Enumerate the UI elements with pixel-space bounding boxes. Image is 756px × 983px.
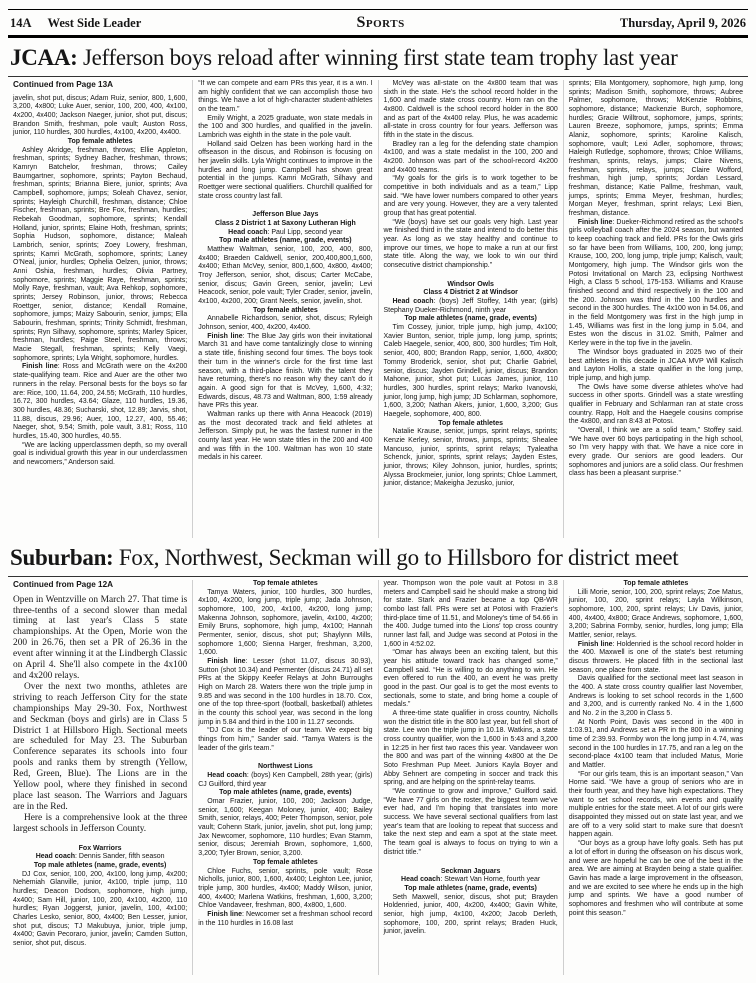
article-paragraph: “DJ Cox is the leader of our team. We ex… (198, 727, 372, 753)
paragraph-lead-in: Finish line (207, 911, 242, 918)
suburban-column-2: Top female athletesTamya Waters, junior,… (192, 580, 377, 975)
jcaa-headline: JCAA: Jefferson boys reload after winnin… (8, 38, 748, 76)
suburban-headline-text: Fox, Northwest, Seckman will go to Hills… (119, 545, 679, 570)
article-paragraph: Seth Maxwell, senior, discus, shot put; … (384, 894, 558, 937)
team-subhead: Northwest Lions (198, 763, 372, 772)
team-subhead: Fox Warriors (13, 845, 187, 854)
article-paragraph: Here is a comprehensive look at the thre… (13, 813, 187, 835)
suburban-headline: Suburban: Fox, Northwest, Seckman will g… (8, 538, 748, 576)
masthead: 14AWest Side Leader Sports Thursday, Apr… (8, 10, 748, 35)
head-coach-line: Head coach: Paul Lipp, second year (198, 229, 372, 238)
paper-name: West Side Leader (48, 16, 142, 30)
article-paragraph: sprints; Ella Montgomery, sophomore, hig… (569, 80, 743, 219)
paragraph-lead-in: Head coach (207, 772, 247, 779)
roster-subhead: Top male athletes (name, grade, events) (13, 862, 187, 871)
article-paragraph: Davis qualified for the sectional meet l… (569, 675, 743, 718)
finish-line-paragraph: Finish line: Holdenried is the school re… (569, 641, 743, 676)
article-paragraph: McVey was all-state on the 4x800 team th… (384, 80, 558, 141)
article-paragraph: “Our boys as a group have lofty goals. S… (569, 840, 743, 918)
paragraph-lead-in: Head coach (228, 229, 267, 236)
finish-line-paragraph: Finish line: Ross and McGrath were on th… (13, 363, 187, 441)
team-subhead: Jefferson Blue Jays (198, 211, 372, 220)
article-paragraph: Waltman ranks up there with Anna Heacock… (198, 411, 372, 463)
article-paragraph: “Overall, I think we are a solid team,” … (569, 427, 743, 479)
article-paragraph: Tim Cossey, junior, triple jump, high ju… (384, 324, 558, 419)
jcaa-headline-text: Jefferson boys reload after winning firs… (83, 45, 678, 70)
article-paragraph: Open in Wentzville on March 27. That tim… (13, 595, 187, 682)
roster-subhead: Top male athletes (name, grade, events) (198, 789, 372, 798)
roster-subhead: Top female athletes (198, 859, 372, 868)
masthead-left: 14AWest Side Leader (10, 16, 141, 31)
head-coach-line: Head coach: Stewart Van Horne, fourth ye… (384, 876, 558, 885)
article-paragraph: “We continue to grow and improve,” Guilf… (384, 788, 558, 857)
article-paragraph: Bradley ran a leg for the defending stat… (384, 141, 558, 176)
article-paragraph: “For our girls team, this is an importan… (569, 771, 743, 840)
head-coach-line: Head coach: Dennis Sander, fifth season (13, 853, 187, 862)
jcaa-column-1: Continued from Page 13Ajavelin, shot put… (8, 80, 192, 538)
paragraph-lead-in: Head coach (401, 876, 440, 883)
paragraph-lead-in: Finish line (578, 641, 613, 648)
suburban-column-3: year. Thompson won the pole vault at Pot… (378, 580, 563, 975)
article-paragraph: The Windsor boys graduated in 2025 two o… (569, 349, 743, 384)
roster-subhead: Class 4 District 2 at Windsor (384, 289, 558, 298)
article-paragraph: “My goals for the girls is to work toget… (384, 175, 558, 218)
article-paragraph: Emily Wright, a 2025 graduate, won state… (198, 115, 372, 141)
paragraph-lead-in: Finish line (578, 219, 613, 226)
paragraph-lead-in: Head coach (36, 853, 75, 860)
team-subhead: Windsor Owls (384, 281, 558, 290)
paragraph-lead-in: Finish line (207, 333, 242, 340)
suburban-column-4: Top female athletesLilli Morie, senior, … (563, 580, 748, 975)
jcaa-column-2: “If we can compete and earn PRs this yea… (192, 80, 377, 538)
article-paragraph: “We are lacking upperclassmen depth, so … (13, 442, 187, 468)
finish-line-paragraph: Finish line: The Blue Jay girls won thei… (198, 333, 372, 411)
newspaper-page: 14AWest Side Leader Sports Thursday, Apr… (0, 0, 756, 983)
article-paragraph: Annabelle Richardson, senior, shot, disc… (198, 315, 372, 332)
paragraph-lead-in: Finish line (22, 363, 58, 370)
jcaa-kicker: JCAA: (10, 45, 78, 70)
suburban-column-1: Continued from Page 12AOpen in Wentzvill… (8, 580, 192, 975)
finish-line-paragraph: Finish line: Lesser (shot 11.07, discus … (198, 658, 372, 727)
jcaa-column-4: sprints; Ella Montgomery, sophomore, hig… (563, 80, 748, 538)
article-paragraph: Matthew Waltman, senior, 100, 200, 400, … (198, 246, 372, 307)
paragraph-lead-in: Head coach (393, 298, 434, 305)
article-paragraph: “We (boys) have set our goals very high.… (384, 219, 558, 271)
finish-line-paragraph: Head coach: (boys) Jeff Stoffey, 14th ye… (384, 298, 558, 315)
roster-subhead: Top male athletes (name, grade, events) (384, 885, 558, 894)
article-paragraph: The Owls have some diverse athletes who'… (569, 384, 743, 427)
roster-subhead: Top female athletes (198, 307, 372, 316)
article-paragraph: Chloe Fuchs, senior, sprints, pole vault… (198, 868, 372, 911)
article-paragraph: “Omar has always been an exciting talent… (384, 649, 558, 710)
article-paragraph: A three-time state qualifier in cross co… (384, 710, 558, 788)
paragraph-lead-in: Finish line (207, 658, 245, 665)
article-paragraph: Lilli Morie, senior, 100, 200, sprint re… (569, 589, 743, 641)
suburban-article-body: Continued from Page 12AOpen in Wentzvill… (8, 577, 748, 975)
roster-subhead: Top male athletes (name, grade, events) (198, 237, 372, 246)
finish-line-paragraph: Head coach: (boys) Ken Campbell, 28th ye… (198, 772, 372, 789)
roster-subhead: Top male athletes (name, grade, events) (384, 315, 558, 324)
roster-subhead: Top female athletes (384, 420, 558, 429)
roster-subhead: Top female athletes (198, 580, 372, 589)
roster-subhead: Class 2 District 1 at Saxony Lutheran Hi… (198, 220, 372, 229)
continued-from-label: Continued from Page 13A (13, 80, 187, 91)
issue-date: Thursday, April 9, 2026 (620, 16, 746, 31)
team-subhead: Seckman Jaguars (384, 868, 558, 877)
suburban-kicker: Suburban: (10, 545, 113, 570)
article-paragraph: Over the next two months, athletes are s… (13, 682, 187, 813)
jcaa-column-3: McVey was all-state on the 4x800 team th… (378, 80, 563, 538)
article-paragraph: DJ Cox, senior, 100, 200, 4x100, long ju… (13, 871, 187, 949)
finish-line-paragraph: Finish line: Dueker-Richmond retired as … (569, 219, 743, 349)
jcaa-article-body: Continued from Page 13Ajavelin, shot put… (8, 77, 748, 538)
article-paragraph: Natalie Krause, senior, jumps, sprint re… (384, 428, 558, 489)
continued-from-label: Continued from Page 12A (13, 580, 187, 591)
article-paragraph: Tamya Waters, junior, 100 hurdles, 300 h… (198, 589, 372, 658)
roster-subhead: Top female athletes (13, 138, 187, 147)
article-paragraph: javelin, shot put, discus; Adam Ruiz, se… (13, 95, 187, 138)
roster-subhead: Top female athletes (569, 580, 743, 589)
article-paragraph: Holland said Oelzen has been working har… (198, 141, 372, 202)
article-paragraph: “If we can compete and earn PRs this yea… (198, 80, 372, 115)
article-paragraph: Ashley Akridge, freshman, throws; Ellie … (13, 147, 187, 364)
finish-line-paragraph: Finish line: Newcomer set a freshman sch… (198, 911, 372, 928)
page-number: 14A (10, 16, 32, 30)
article-paragraph: Omar Frazier, junior, 100, 200; Jackson … (198, 798, 372, 859)
article-paragraph: At North Point, Davis was second in the … (569, 719, 743, 771)
article-paragraph: year. Thompson won the pole vault at Pot… (384, 580, 558, 649)
section-title: Sports (357, 14, 405, 32)
